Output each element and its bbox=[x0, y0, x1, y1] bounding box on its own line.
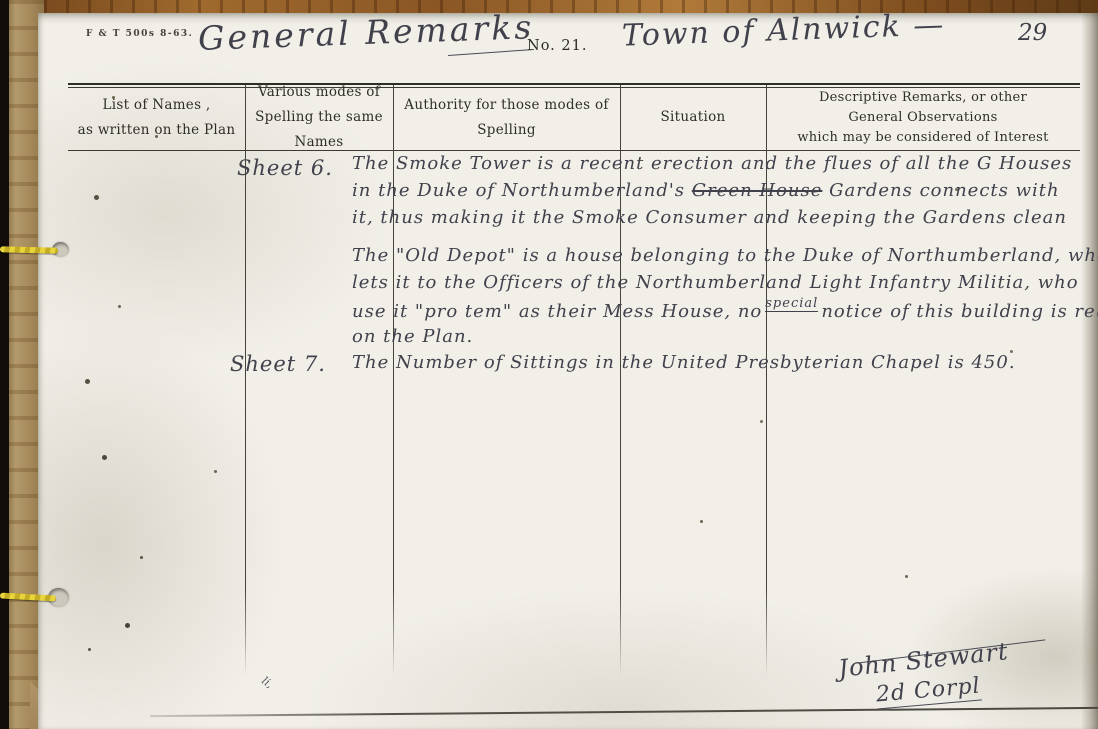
handwritten-line: The Number of Sittings in the United Pre… bbox=[352, 352, 1016, 379]
column-header-line: Various modes of bbox=[258, 80, 380, 105]
column-header-line: Spelling the same Names bbox=[245, 105, 393, 155]
column-header-situation: Situation bbox=[620, 87, 766, 148]
sheet6-paragraph-old-depot: The "Old Depot" is a house belonging to … bbox=[352, 245, 1098, 353]
folio-page-number: 29 bbox=[1018, 20, 1047, 46]
sheet6-label: Sheet 6. bbox=[237, 156, 333, 180]
line-text: use it "pro tem" as their Mess House, no bbox=[352, 301, 762, 322]
column-header-line: which may be considered of Interest bbox=[797, 128, 1048, 148]
column-header-spelling-modes: Various modes of Spelling the same Names bbox=[245, 87, 393, 148]
column-header-authority: Authority for those modes of Spelling bbox=[393, 87, 620, 148]
handwritten-line: it, thus making it the Smoke Consumer an… bbox=[352, 207, 1072, 234]
sheet7-paragraph-sittings: The Number of Sittings in the United Pre… bbox=[352, 352, 1016, 379]
column-header-names: List of Names , as written on the Plan bbox=[68, 87, 245, 148]
handwritten-line: on the Plan. bbox=[352, 326, 1098, 353]
scanned-ledger-page: F & T 500s 8-63. General Remarks No. 21.… bbox=[0, 0, 1098, 729]
sheet7-label: Sheet 7. bbox=[230, 352, 326, 376]
handwritten-line: in the Duke of Northumberland's Green Ho… bbox=[352, 180, 1072, 207]
handwritten-line: The Smoke Tower is a recent erection and… bbox=[352, 153, 1072, 180]
page-right-edge-shadow bbox=[1081, 13, 1098, 729]
sheet6-paragraph-smoke-tower: The Smoke Tower is a recent erection and… bbox=[352, 153, 1072, 234]
paper-age-speckles bbox=[0, 0, 3, 3]
column-header-line: Spelling bbox=[477, 118, 536, 143]
handwritten-line: lets it to the Officers of the Northumbe… bbox=[352, 272, 1098, 299]
column-header-line: Authority for those modes of bbox=[404, 93, 608, 118]
column-header-line: Descriptive Remarks, or other bbox=[819, 88, 1027, 108]
column-header-line: as written on the Plan bbox=[78, 118, 236, 143]
sheet-number-label: No. 21. bbox=[527, 38, 587, 54]
table-header-bottom-rule bbox=[68, 150, 1080, 151]
scan-black-edge bbox=[0, 0, 9, 729]
inserted-word-above-line: special bbox=[765, 296, 818, 312]
column-header-line: List of Names , bbox=[102, 93, 210, 118]
handwritten-line: The "Old Depot" is a house belonging to … bbox=[352, 245, 1098, 272]
handwritten-line: use it "pro tem" as their Mess House, no… bbox=[352, 299, 1098, 326]
line-text: Gardens connects with bbox=[822, 180, 1059, 201]
line-text: notice of this building is req bbox=[821, 301, 1098, 322]
column-header-descriptive-remarks: Descriptive Remarks, or other General Ob… bbox=[766, 87, 1080, 148]
struck-through-text: Green House bbox=[692, 180, 823, 201]
printed-form-code: F & T 500s 8-63. bbox=[86, 29, 193, 39]
column-header-line: General Observations bbox=[848, 108, 997, 128]
column-header-line: Situation bbox=[661, 105, 726, 130]
line-text: in the Duke of Northumberland's bbox=[352, 180, 692, 201]
